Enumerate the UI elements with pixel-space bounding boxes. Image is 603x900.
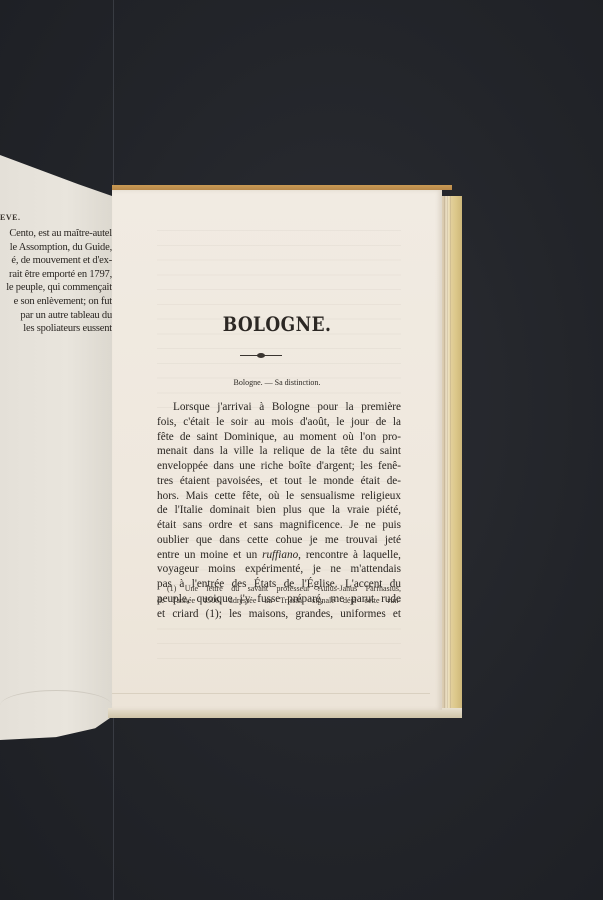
left-line: Cento, est au maître-autel <box>0 227 112 241</box>
body-line: fête de saint Dominique, au moment où l'… <box>157 430 401 445</box>
body-line-with-italic: entre un moine et un ruffiano, rencontre… <box>157 548 401 563</box>
body-line: voyageur moins expérimenté, je ne m'atte… <box>157 562 401 577</box>
left-line: é, de mouvement et d'ex- <box>0 254 112 268</box>
body-line: fois, c'était le soir au mois d'août, le… <box>157 415 401 430</box>
left-line: les spoliateurs eussent <box>0 322 112 336</box>
italic-word: ruffiano <box>262 549 298 561</box>
page-curl-crease <box>0 690 112 721</box>
body-line: Lorsque j'arrivai à Bologne pour la prem… <box>157 400 401 415</box>
left-line: par un autre tableau du <box>0 309 112 323</box>
section-heading: Bologne. — Sa distinction. <box>112 378 442 387</box>
right-page: BOLOGNE. Bologne. — Sa distinction. Lors… <box>112 190 442 710</box>
footnote-line: de l'année 1506, adressée au Trissin, si… <box>157 595 401 607</box>
left-line: e son enlèvement; on fut <box>0 295 112 309</box>
ornament-divider <box>240 354 282 357</box>
body-line: était sans ordre et sans magnificence. J… <box>157 518 401 533</box>
body-line: enveloppée dans une riche boîte d'argent… <box>157 459 401 474</box>
left-line: le peuple, qui commençait <box>0 281 112 295</box>
ornament-knot-icon <box>257 353 265 358</box>
page-fold-line <box>112 693 430 694</box>
body-line: hors. Mais cette fête, où le sensualisme… <box>157 489 401 504</box>
left-running-head: EVE. <box>0 213 20 222</box>
footnote: (1) Une lettre du savant professeur Aulu… <box>157 583 401 606</box>
body-text-run: , rencontre à laquelle, <box>298 549 401 561</box>
body-line: et criard (1); les maisons, grandes, uni… <box>157 607 401 622</box>
left-facing-page: EVE. Cento, est au maître-autel le Assom… <box>0 155 112 740</box>
body-line: oublier que dans cette cohue je me trouv… <box>157 533 401 548</box>
body-line: tres étaient pavoisées, et tout le monde… <box>157 474 401 489</box>
body-line: de l'Italie dominait bien plus que la vr… <box>157 503 401 518</box>
left-line: le Assomption, du Guide, <box>0 241 112 255</box>
body-line: menait dans la ville la relique de la tê… <box>157 444 401 459</box>
left-page-text: Cento, est au maître-autel le Assomption… <box>0 227 112 336</box>
body-text-run: entre un moine et un <box>157 549 262 561</box>
chapter-title: BOLOGNE. <box>137 312 418 336</box>
left-line: rait être emporté en 1797, <box>0 268 112 282</box>
footnote-line: (1) Une lettre du savant professeur Aulu… <box>157 583 401 595</box>
